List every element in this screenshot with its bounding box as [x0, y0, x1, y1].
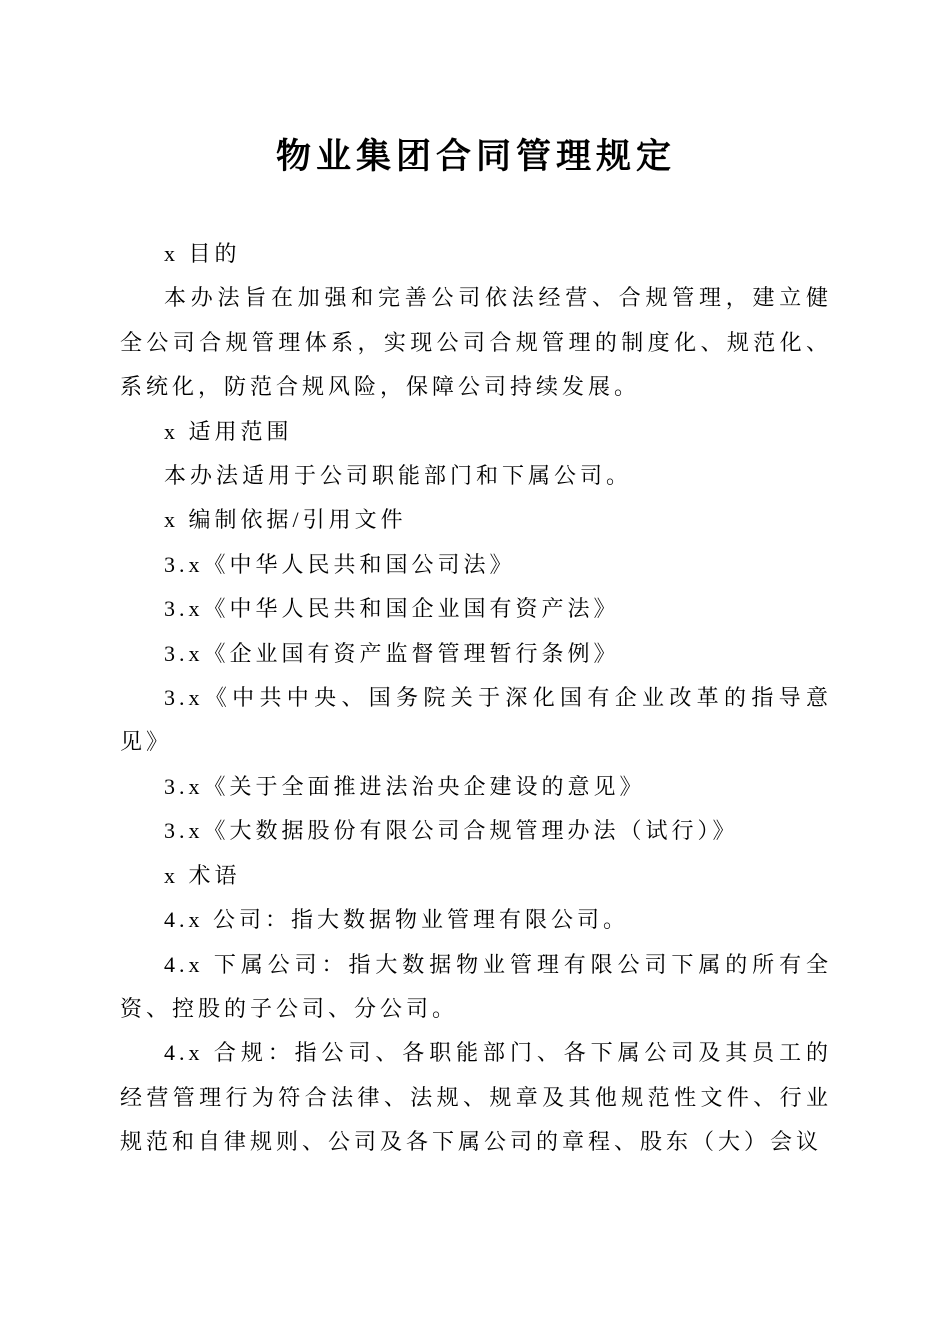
paragraph-term-definition: 4.x 合规：指公司、各职能部门、各下属公司及其员工的经营管理行为符合法律、法规…	[120, 1031, 832, 1164]
paragraph-purpose-text: 本办法旨在加强和完善公司依法经营、合规管理，建立健全公司合规管理体系，实现公司合…	[120, 276, 832, 409]
paragraph-purpose-heading: x 目的	[120, 232, 832, 276]
paragraph-reference-item: 3.x《企业国有资产监督管理暂行条例》	[120, 632, 832, 676]
paragraph-reference-item: 3.x《大数据股份有限公司合规管理办法（试行）》	[120, 809, 832, 853]
paragraph-term-definition: 4.x 下属公司：指大数据物业管理有限公司下属的所有全资、控股的子公司、分公司。	[120, 943, 832, 1032]
paragraph-reference-item: 3.x《关于全面推进法治央企建设的意见》	[120, 765, 832, 809]
paragraph-reference-item: 3.x《中华人民共和国公司法》	[120, 543, 832, 587]
paragraph-term-definition: 4.x 公司：指大数据物业管理有限公司。	[120, 898, 832, 942]
document-title: 物业集团合同管理规定	[120, 0, 832, 180]
paragraph-scope-heading: x 适用范围	[120, 410, 832, 454]
paragraph-reference-item: 3.x《中共中央、国务院关于深化国有企业改革的指导意见》	[120, 676, 832, 765]
paragraph-scope-text: 本办法适用于公司职能部门和下属公司。	[120, 454, 832, 498]
document-page: 物业集团合同管理规定 x 目的 本办法旨在加强和完善公司依法经营、合规管理，建立…	[0, 0, 950, 1344]
paragraph-reference-item: 3.x《中华人民共和国企业国有资产法》	[120, 587, 832, 631]
document-body: x 目的 本办法旨在加强和完善公司依法经营、合规管理，建立健全公司合规管理体系，…	[120, 232, 832, 1165]
paragraph-references-heading: x 编制依据/引用文件	[120, 498, 832, 542]
paragraph-terms-heading: x 术语	[120, 854, 832, 898]
